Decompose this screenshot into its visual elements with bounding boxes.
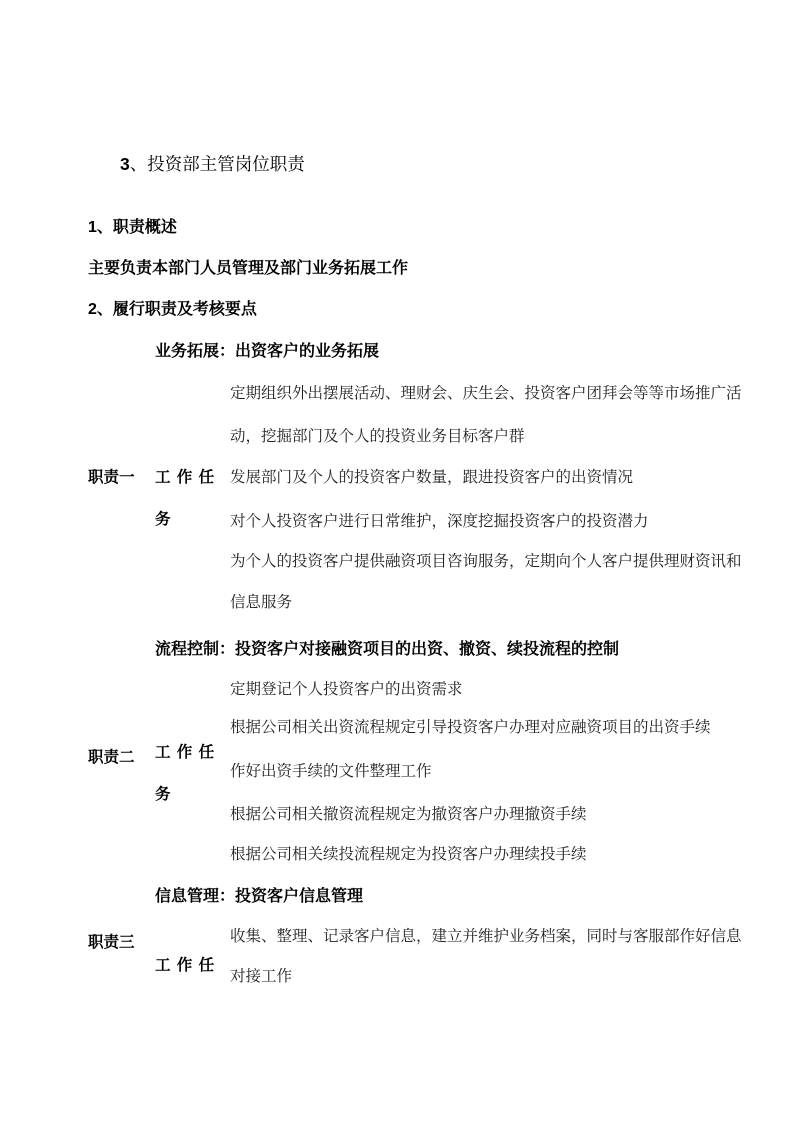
duty1-task-line: 为个人的投资客户提供融资项目咨询服务，定期向个人客户提供理财资讯和	[230, 551, 742, 573]
doc-title-text: 、投资部主管岗位职责	[130, 154, 305, 174]
duty2-task-line: 根据公司相关出资流程规定引导投资客户办理对应融资项目的出资手续	[230, 717, 711, 739]
document-page: 3、投资部主管岗位职责 1、职责概述 主要负责本部门人员管理及部门业务拓展工作 …	[0, 0, 793, 1122]
duty2-task-line: 根据公司相关续投流程规定为投资客户办理续投手续	[230, 844, 587, 866]
duty1-label: 职责一	[88, 467, 135, 489]
section2-heading: 2、履行职责及考核要点	[88, 299, 257, 321]
duty1-task-line: 发展部门及个人的投资客户数量，跟进投资客户的出资情况	[230, 467, 633, 489]
duty2-task-line: 定期登记个人投资客户的出资需求	[230, 679, 463, 701]
duty3-task-line: 收集、整理、记录客户信息，建立并维护业务档案，同时与客服部作好信息	[230, 926, 742, 948]
duty3-label: 职责三	[88, 932, 135, 954]
duty2-category-heading: 流程控制：投资客户对接融资项目的出资、撤资、续投流程的控制	[155, 639, 619, 661]
section1-body: 主要负责本部门人员管理及部门业务拓展工作	[88, 258, 408, 280]
duty3-task-line: 对接工作	[230, 966, 292, 988]
duty1-task-line: 信息服务	[230, 592, 292, 614]
duty1-task-line: 动，挖掘部门及个人的投资业务目标客户群	[230, 426, 525, 448]
duty3-category-heading: 信息管理：投资客户信息管理	[155, 886, 363, 908]
duty1-category-heading: 业务拓展：出资客户的业务拓展	[155, 341, 379, 363]
duty1-role-line: 工 作 任	[155, 467, 215, 489]
doc-title: 3、投资部主管岗位职责	[120, 153, 305, 175]
duty1-role-line: 务	[155, 509, 172, 531]
doc-title-number: 3	[120, 154, 130, 174]
duty2-label: 职责二	[88, 747, 135, 769]
duty1-task-line: 定期组织外出摆展活动、理财会、庆生会、投资客户团拜会等等市场推广活	[230, 383, 742, 405]
duty1-task-line: 对个人投资客户进行日常维护，深度挖掘投资客户的投资潜力	[230, 511, 649, 533]
duty2-role-line: 工 作 任	[155, 742, 215, 764]
duty2-task-line: 根据公司相关撤资流程规定为撤资客户办理撤资手续	[230, 804, 587, 826]
section1-heading: 1、职责概述	[88, 217, 177, 239]
duty2-role-line: 务	[155, 784, 172, 806]
duty2-task-line: 作好出资手续的文件整理工作	[230, 761, 432, 783]
duty3-role-line: 工 作 任	[155, 955, 215, 977]
